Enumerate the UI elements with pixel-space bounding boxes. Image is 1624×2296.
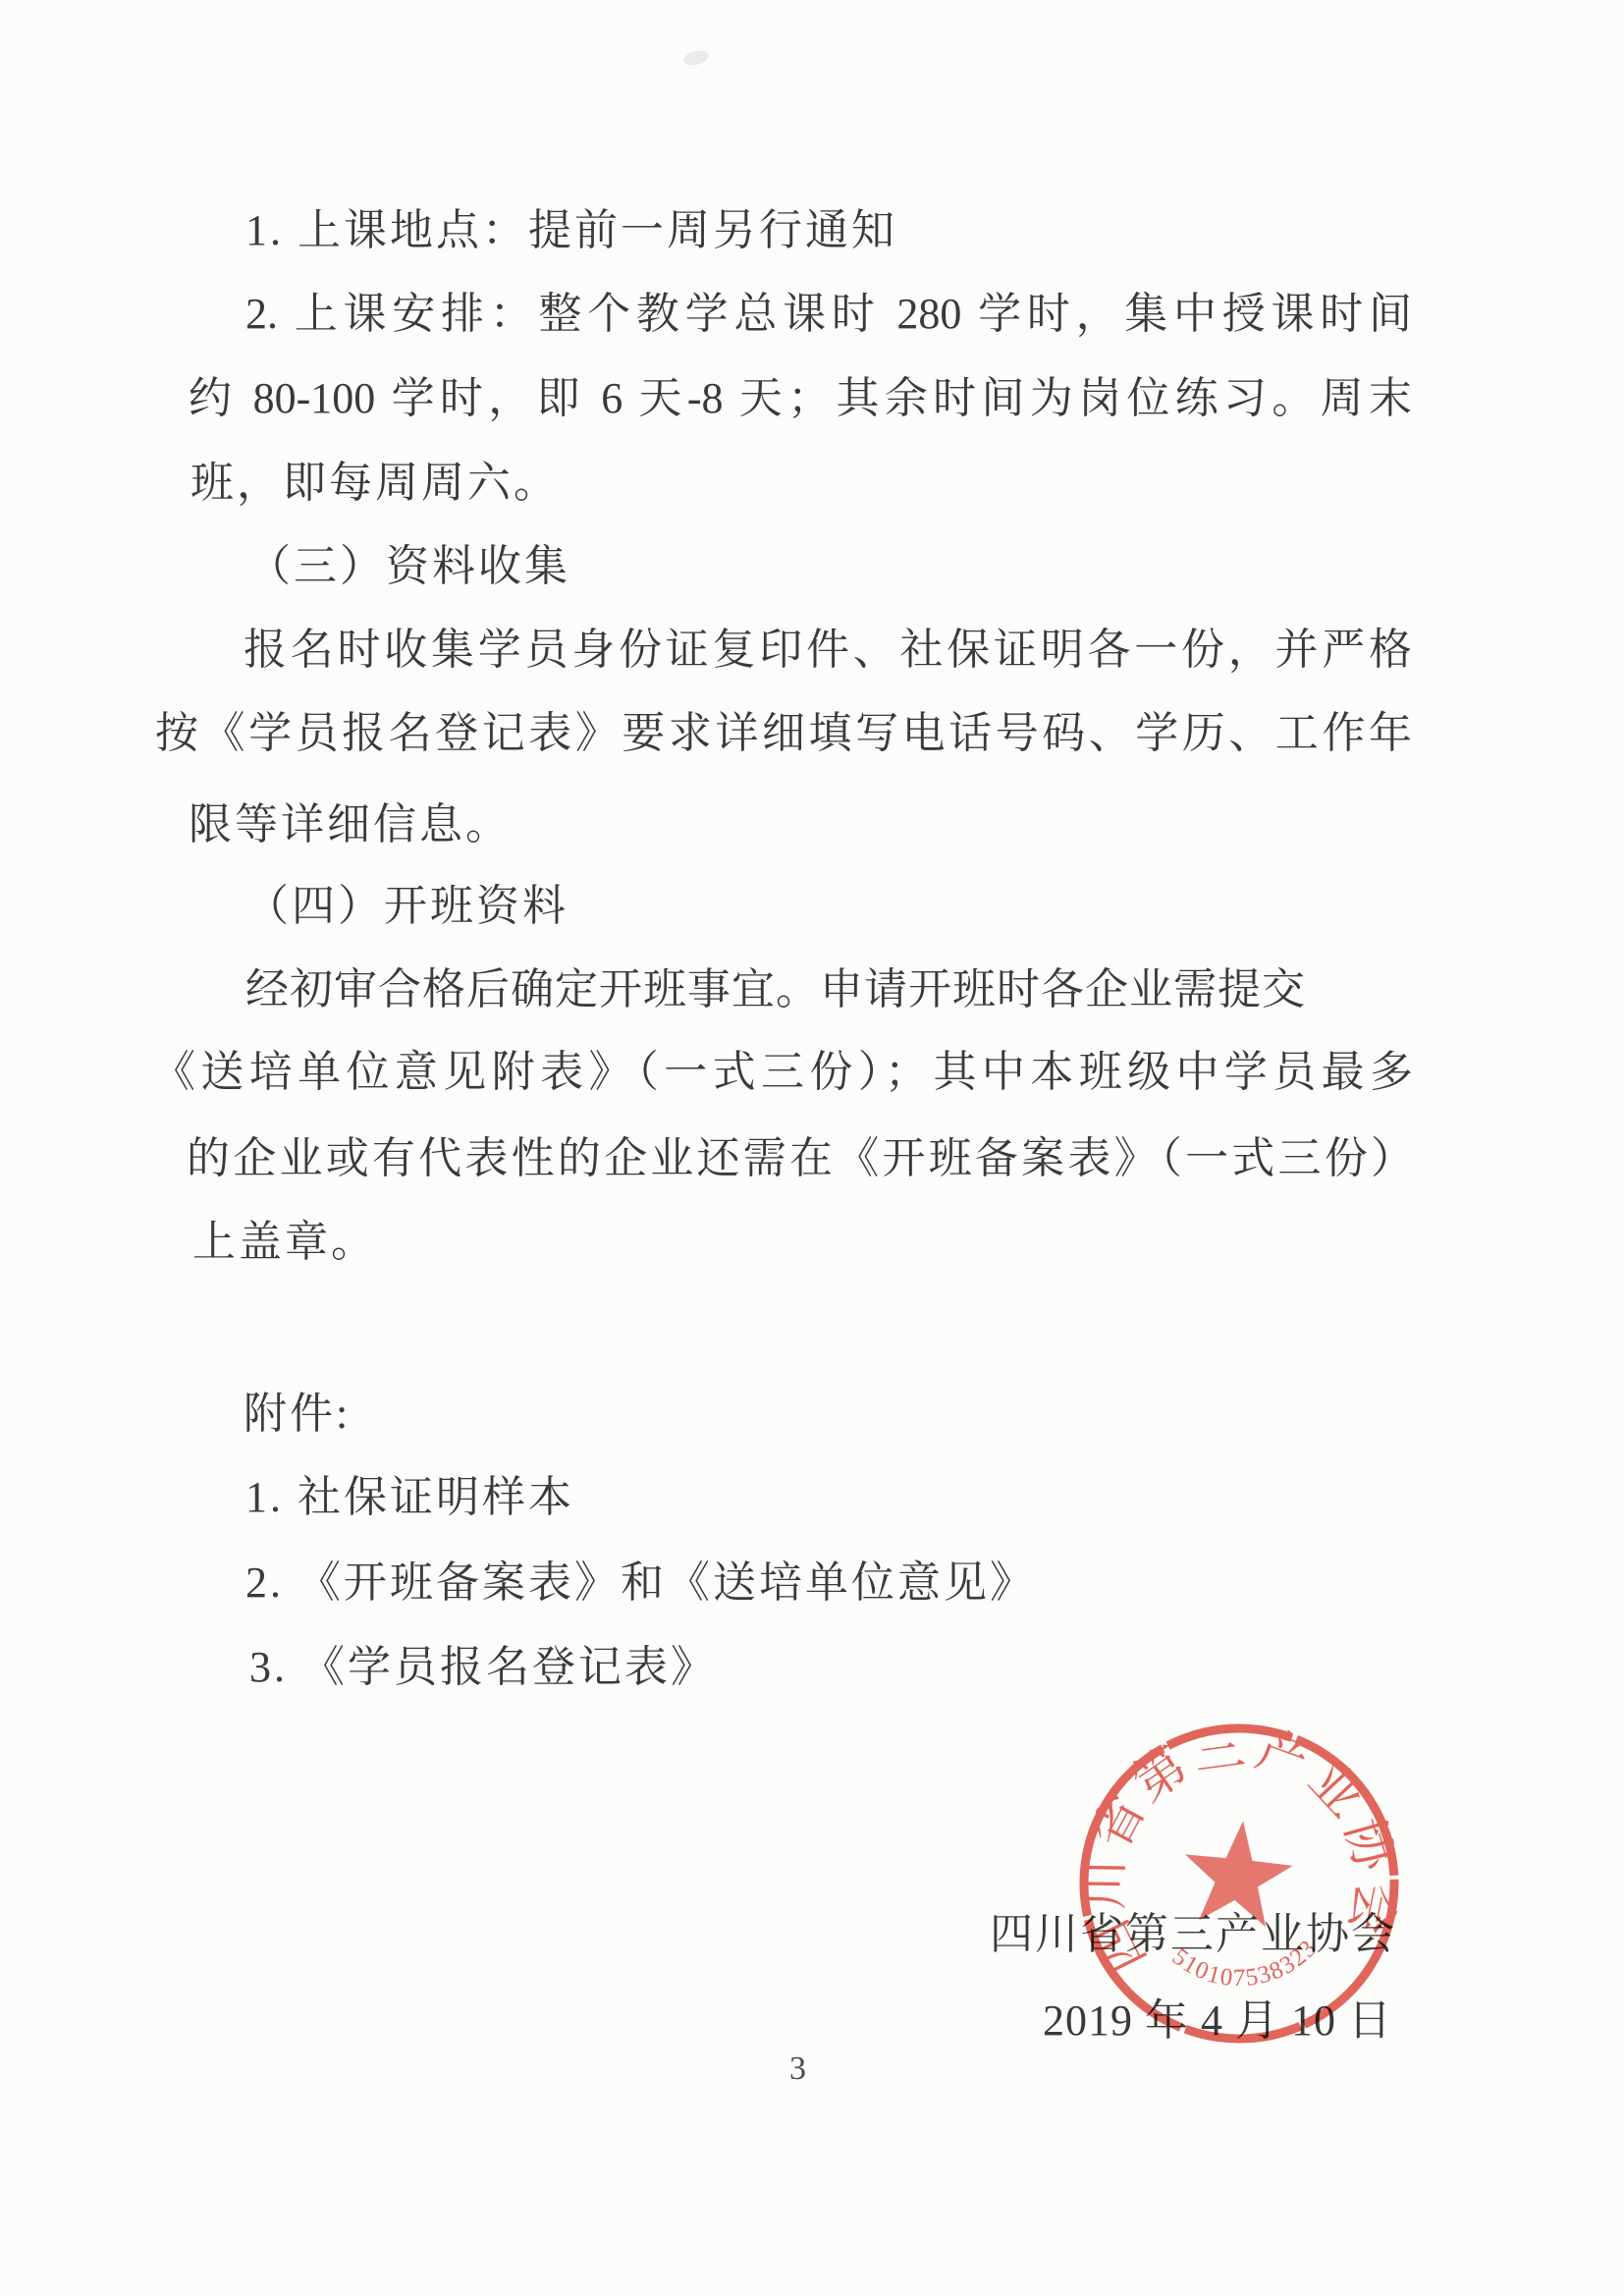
- body-line: 限等详细信息。: [189, 801, 512, 848]
- signature-date: 2019 年 4 月 10 日: [1043, 1985, 1392, 2048]
- attachments-heading: 附件:: [244, 1391, 351, 1438]
- signature-org: 四川省第三产业协会: [990, 1898, 1396, 1961]
- body-line: 2. 上课安排：整个教学总课时 280 学时，集中授课时间: [245, 291, 1412, 338]
- body-line: 的企业或有代表性的企业还需在《开班备案表》（一式三份）: [187, 1135, 1414, 1182]
- attachment-item: 3. 《学员报名登记表》: [249, 1644, 717, 1691]
- body-line: 按《学员报名登记表》要求详细填写电话号码、学历、工作年: [155, 710, 1412, 757]
- document-page: 1. 上课地点：提前一周另行通知 2. 上课安排：整个教学总课时 280 学时，…: [0, 0, 1624, 2296]
- section-heading: （三）资料收集: [247, 543, 570, 590]
- body-line: 报名时收集学员身份证复印件、社保证明各一份，并严格: [244, 627, 1412, 674]
- attachment-item: 2. 《开班备案表》和《送培单位意见》: [245, 1559, 1036, 1607]
- scan-smudge: [682, 48, 710, 67]
- body-line: 1. 上课地点：提前一周另行通知: [245, 207, 897, 254]
- section-heading: （四）开班资料: [245, 883, 568, 930]
- page-number: 3: [789, 2050, 806, 2088]
- body-line: 班，即每周周六。: [190, 460, 560, 507]
- attachment-item: 1. 社保证明样本: [245, 1474, 574, 1521]
- body-line: 经初审合格后确定开班事宜。申请开班时各企业需提交: [245, 966, 1306, 1013]
- body-line: 上盖章。: [192, 1219, 377, 1266]
- body-line: 约 80-100 学时，即 6 天-8 天；其余时间为岗位练习。周末: [189, 375, 1412, 422]
- body-line: 《送培单位意见附表》（一式三份）；其中本班级中学员最多: [152, 1049, 1413, 1096]
